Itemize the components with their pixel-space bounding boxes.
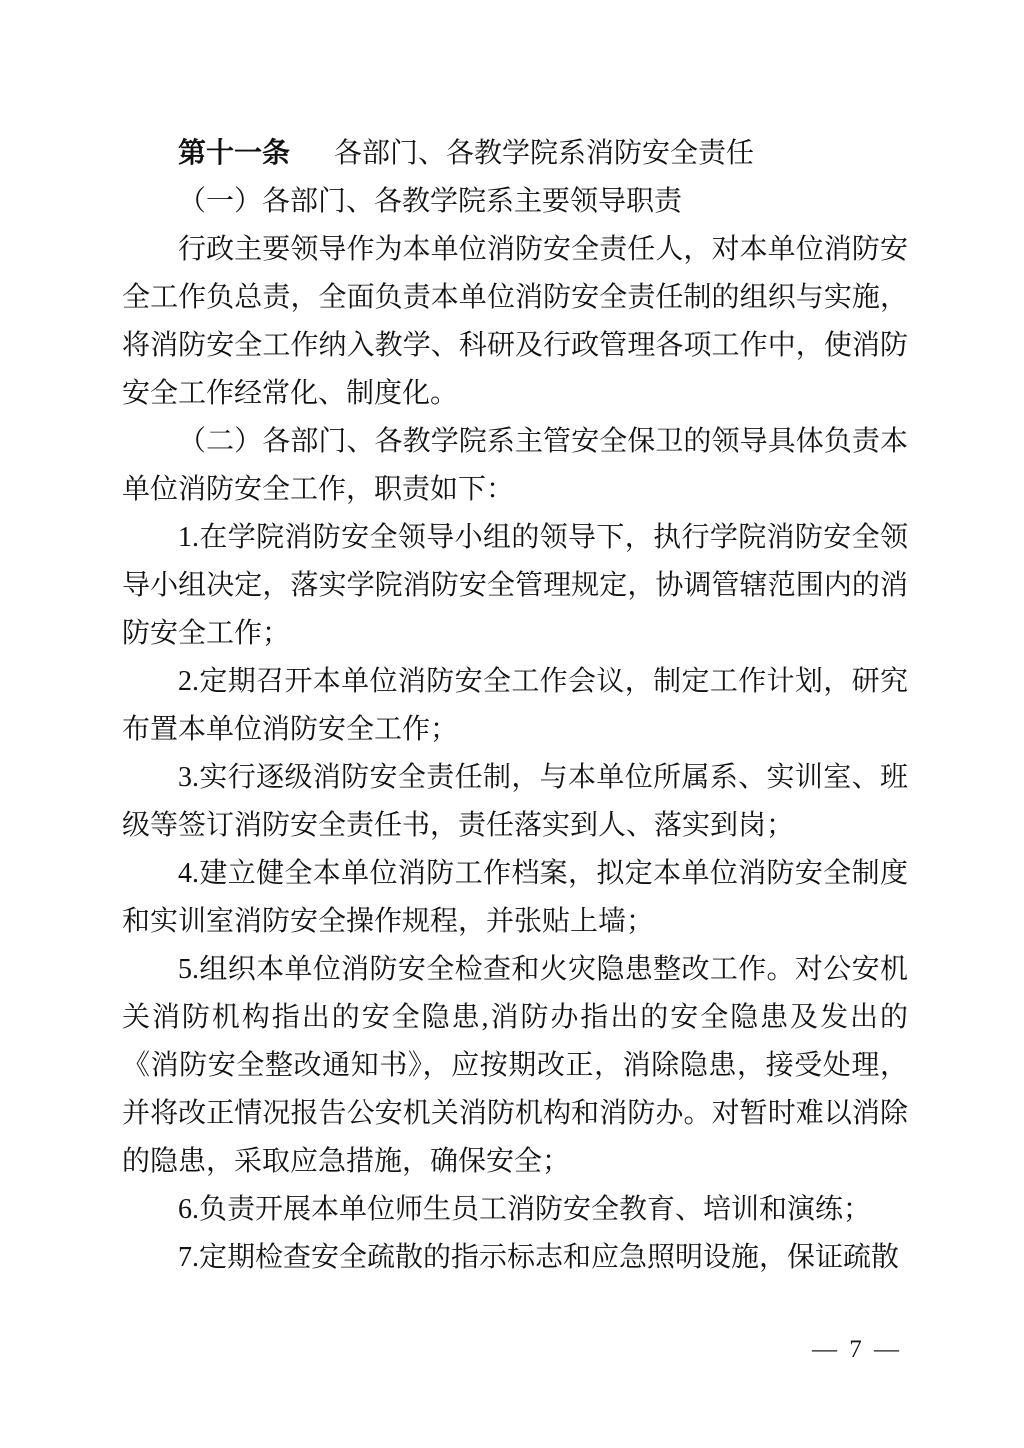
article-heading: 第十一条各部门、各教学院系消防安全责任 <box>122 130 908 178</box>
paragraph-duty-6: 6.负责开展本单位师生员工消防安全教育、培训和演练； <box>122 1186 908 1234</box>
paragraph-duty-3: 3.实行逐级消防安全责任制，与本单位所属系、实训室、班级等签订消防安全责任书，责… <box>122 754 908 850</box>
paragraph-duty-2: 2.定期召开本单位消防安全工作会议，制定工作计划，研究布置本单位消防安全工作； <box>122 658 908 754</box>
paragraph-section-2-title: （二）各部门、各教学院系主管安全保卫的领导具体负责本单位消防安全工作，职责如下： <box>122 418 908 514</box>
document-content: 第十一条各部门、各教学院系消防安全责任 （一）各部门、各教学院系主要领导职责 行… <box>122 130 908 1282</box>
paragraph-duty-5: 5.组织本单位消防安全检查和火灾隐患整改工作。对公安机关消防机构指出的安全隐患,… <box>122 946 908 1186</box>
paragraph-duty-7: 7.定期检查安全疏散的指示标志和应急照明设施，保证疏散 <box>122 1234 908 1282</box>
paragraph-duty-1: 1.在学院消防安全领导小组的领导下，执行学院消防安全领导小组决定，落实学院消防安… <box>122 514 908 658</box>
page-number: — 7 — <box>812 1336 902 1364</box>
article-title: 各部门、各教学院系消防安全责任 <box>334 138 754 169</box>
paragraph-duty-4: 4.建立健全本单位消防工作档案，拟定本单位消防安全制度和实训室消防安全操作规程，… <box>122 850 908 946</box>
paragraph-section-1-body: 行政主要领导作为本单位消防安全责任人，对本单位消防安全工作负总责，全面负责本单位… <box>122 226 908 418</box>
article-number: 第十一条 <box>178 138 290 169</box>
paragraph-section-1-title: （一）各部门、各教学院系主要领导职责 <box>122 178 908 226</box>
document-page: 第十一条各部门、各教学院系消防安全责任 （一）各部门、各教学院系主要领导职责 行… <box>0 0 1024 1448</box>
